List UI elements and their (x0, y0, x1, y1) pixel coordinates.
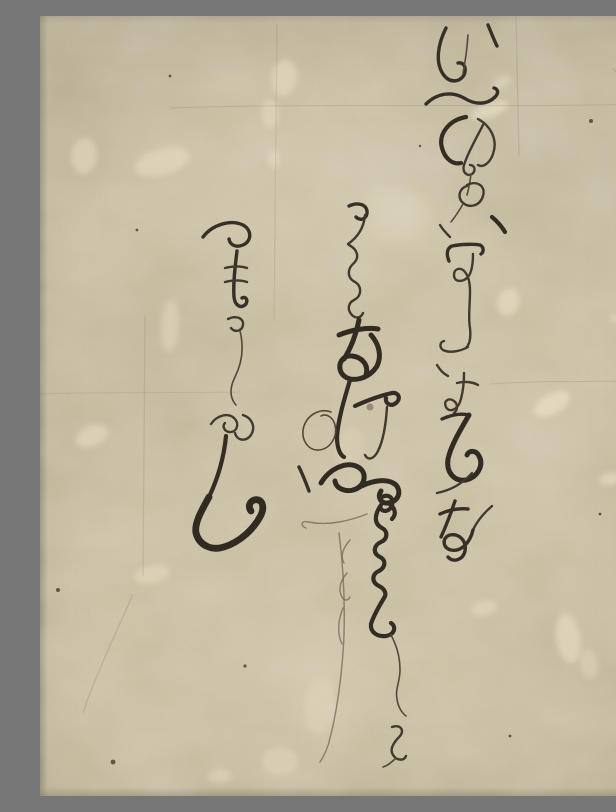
calligraphy-artwork: Cursive kana calligraphy fragment on age… (40, 16, 616, 796)
paper-and-ink-layer (40, 16, 616, 796)
paper-grain-texture (40, 16, 616, 796)
